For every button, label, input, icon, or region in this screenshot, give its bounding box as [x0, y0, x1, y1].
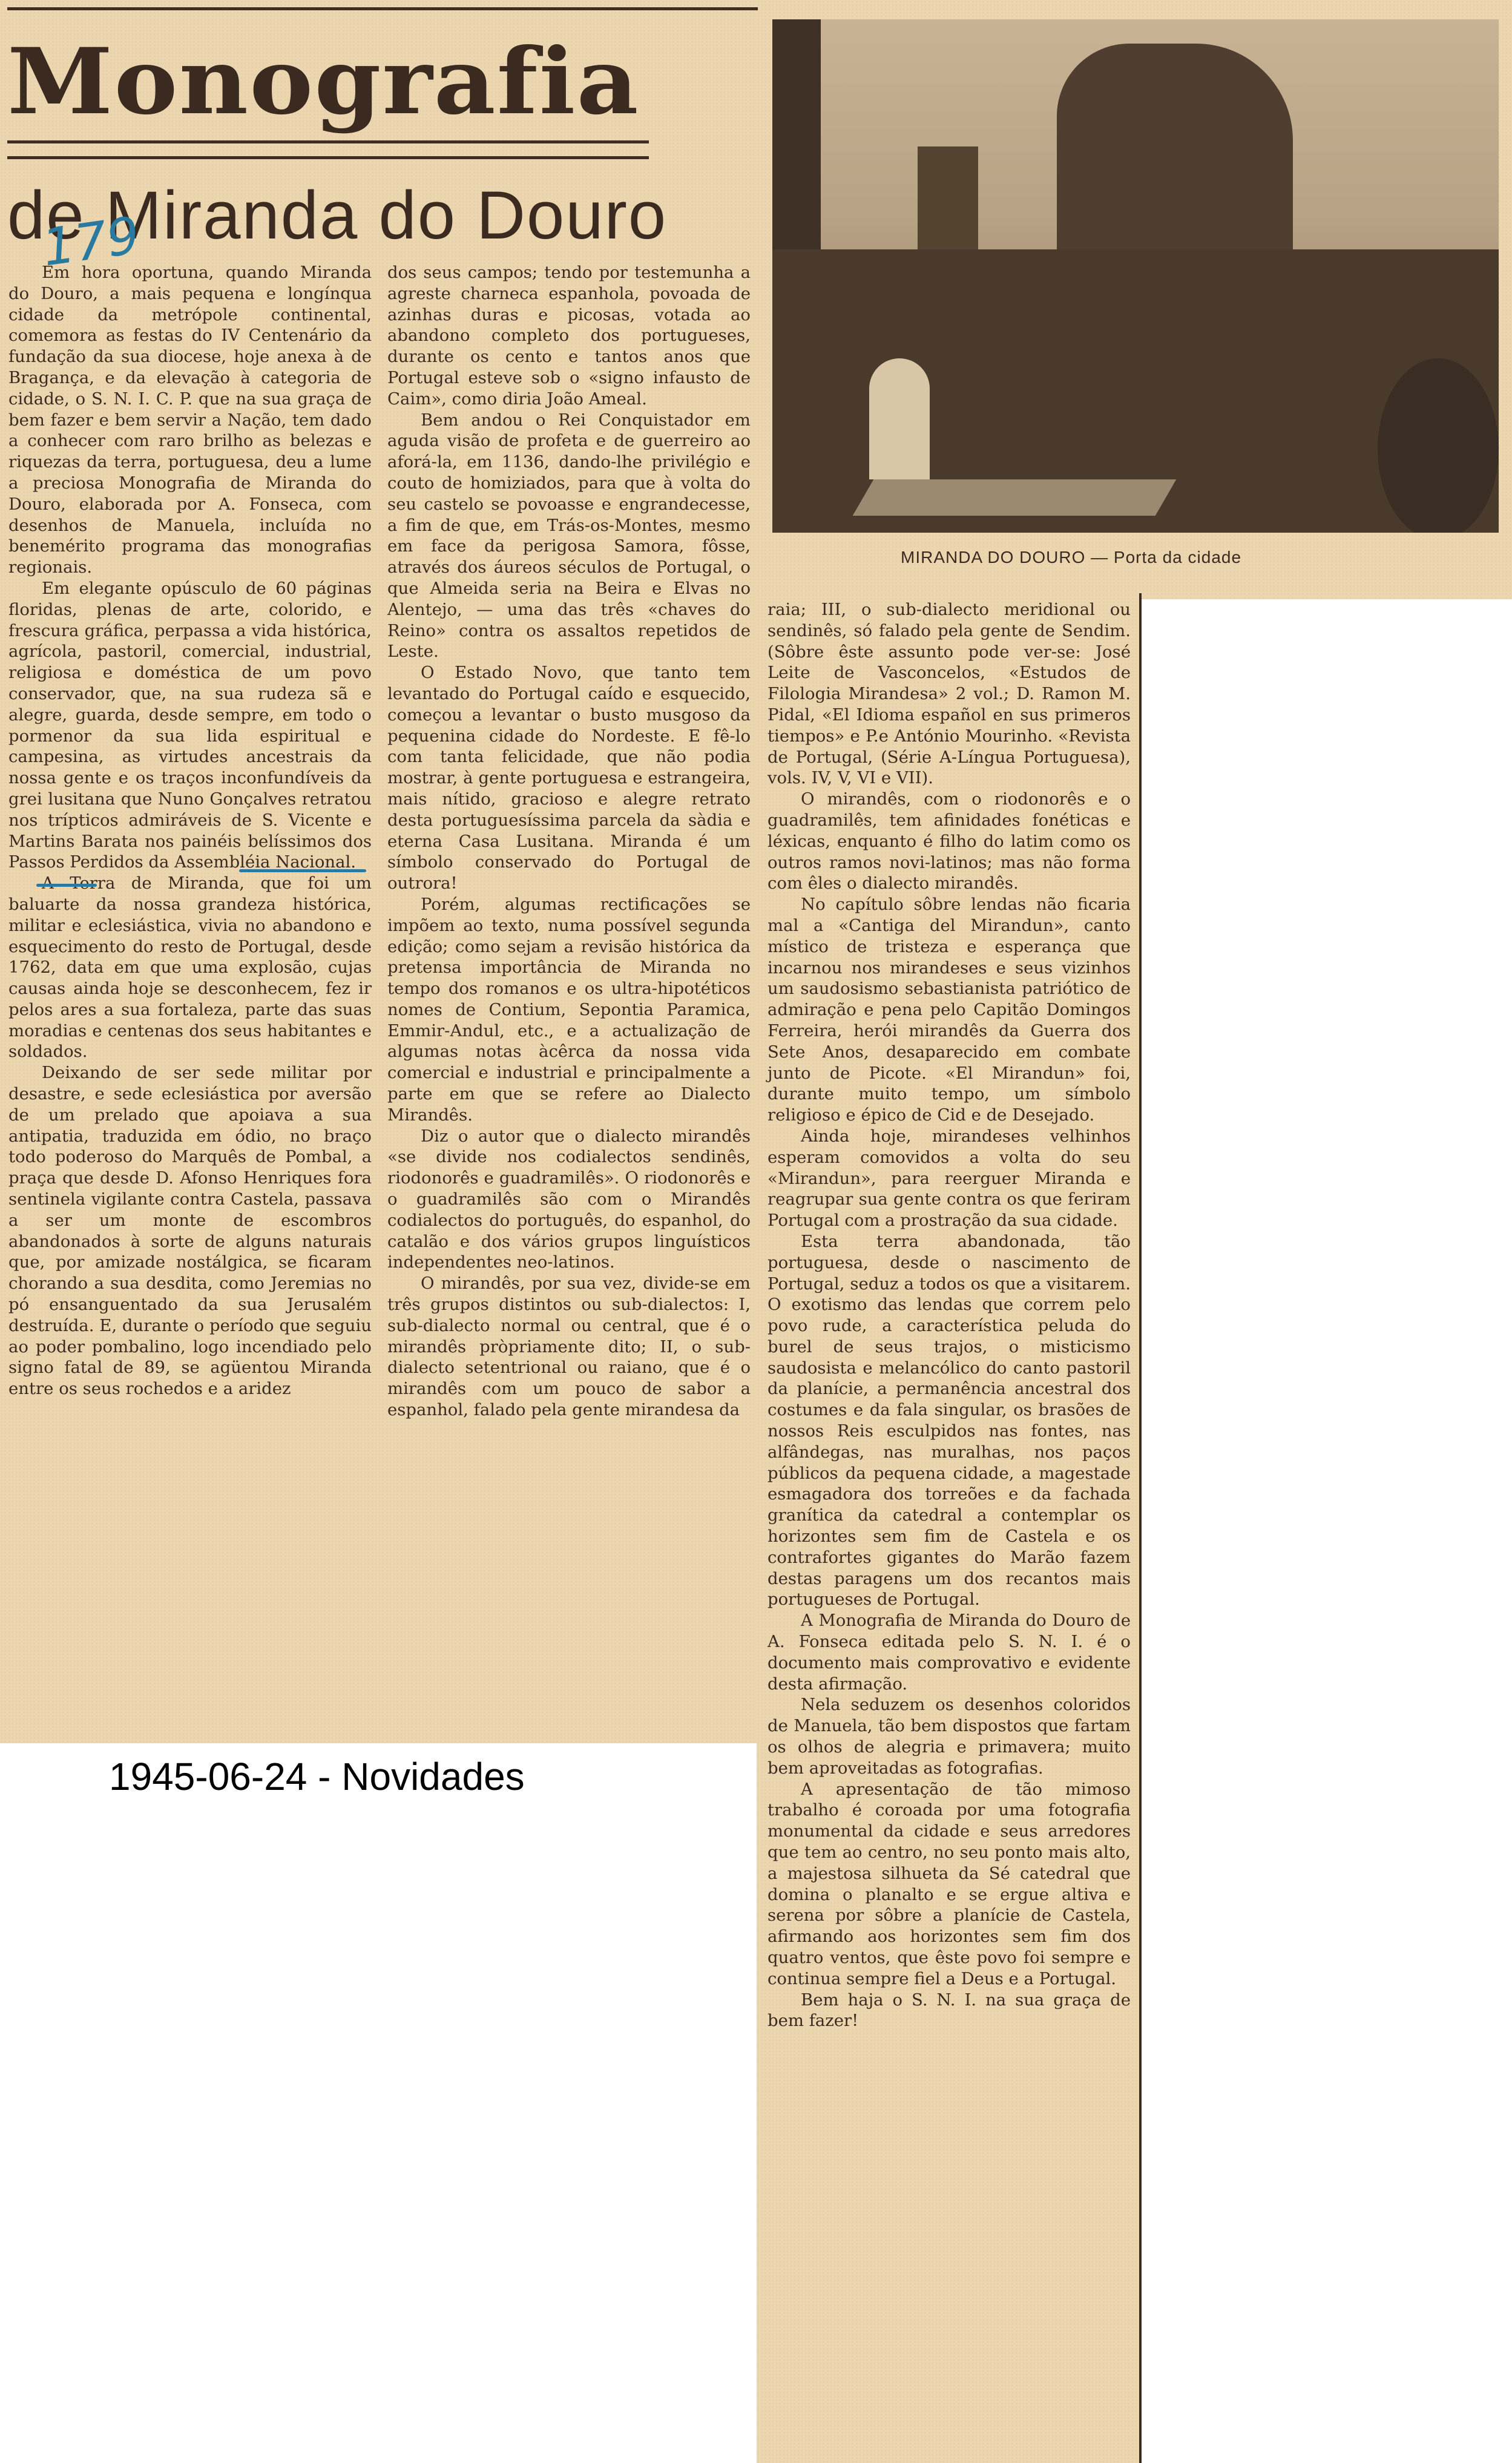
paragraph: No capítulo sôbre lendas não ficaria mal…	[768, 894, 1131, 1126]
paragraph: dos seus campos; tendo por testemunha a …	[387, 262, 751, 410]
paragraph: Bem andou o Rei Conquistador em aguda vi…	[387, 410, 751, 663]
paragraph: A Monografia de Miranda do Douro de A. F…	[768, 1610, 1131, 1694]
pen-underline	[239, 869, 366, 872]
paragraph: Bem haja o S. N. I. na sua graça de bem …	[768, 1990, 1131, 2032]
paragraph: O Estado Novo, que tanto tem levantado d…	[387, 662, 751, 894]
paragraph: Diz o autor que o dialecto mirandês «se …	[387, 1126, 751, 1274]
paragraph: A apresentação de tão mimoso trabalho é …	[768, 1779, 1131, 1990]
headline-rule-2	[7, 156, 649, 159]
source-date-label: 1945-06-24 - Novidades	[109, 1754, 525, 1799]
article-column-1: Em hora oportuna, quando Miranda do Dour…	[8, 262, 372, 1399]
pen-underline	[36, 884, 97, 887]
paragraph: Em hora oportuna, quando Miranda do Dour…	[8, 262, 372, 578]
paragraph: A Terra de Miranda, que foi um baluarte …	[8, 873, 372, 1062]
paragraph: Nela seduzem os desenhos coloridos de Ma…	[768, 1694, 1131, 1778]
paragraph: O mirandês, com o riodonorês e o guadram…	[768, 789, 1131, 894]
paragraph: Porém, algumas rectificações se impõem a…	[387, 894, 751, 1126]
photo-tree	[1378, 358, 1499, 533]
article-column-3: raia; III, o sub-dialecto meridional ou …	[768, 599, 1131, 2031]
top-rule	[7, 7, 758, 10]
headline: Monografia	[7, 36, 640, 127]
paragraph: Deixando de ser sede militar por desastr…	[8, 1062, 372, 1399]
article-column-2: dos seus campos; tendo por testemunha a …	[387, 262, 751, 1421]
photo-road	[853, 479, 1177, 516]
headline-rule-1	[7, 140, 649, 143]
paragraph: raia; III, o sub-dialecto meridional ou …	[768, 599, 1131, 789]
paragraph: Em elegante opúsculo de 60 páginas flori…	[8, 578, 372, 873]
paragraph: O mirandês, por sua vez, divide-se em tr…	[387, 1273, 751, 1421]
paragraph: Esta terra abandonada, tão portuguesa, d…	[768, 1231, 1131, 1610]
photo-gate-arch	[869, 358, 930, 479]
paragraph: Ainda hoje, mirandeses velhinhos esperam…	[768, 1126, 1131, 1231]
photo-caption: MIRANDA DO DOURO — Porta da cidade	[901, 548, 1241, 567]
photo-miranda-city-gate	[772, 19, 1499, 533]
